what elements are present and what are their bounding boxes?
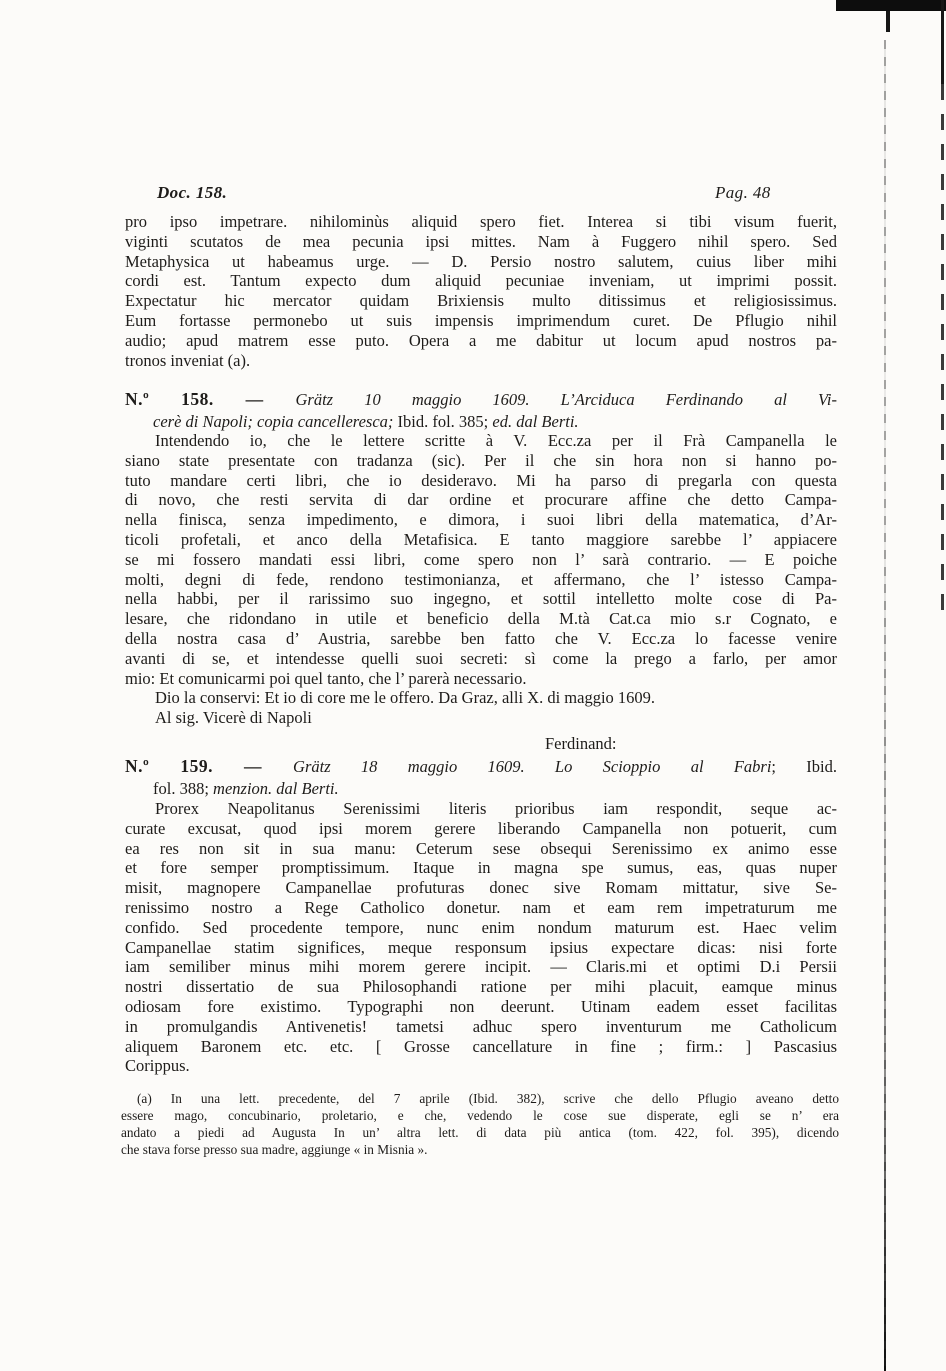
text-line: odiosam fore existimo. Typographi non de… — [125, 997, 837, 1017]
scan-artifact-tick — [886, 11, 890, 32]
text-line: misit, magnopere Campanellae profuturas … — [125, 878, 837, 898]
doc159-heading-line1: N.º 159. — Grätz 18 maggio 1609. Lo Scio… — [125, 755, 837, 778]
text-line: Intendendo io, che le lettere scritte à … — [125, 431, 837, 451]
doc158-heading-line2: cerè di Napoli; copia cancelleresca; Ibi… — [125, 411, 837, 433]
text-line: (a) In una lett. precedente, del 7 april… — [121, 1090, 839, 1107]
text-line: mio: Et comunicarmi poi quel tanto, che … — [125, 669, 837, 689]
text-line: della nostra casa d’ Austria, sarebbe be… — [125, 629, 837, 649]
scan-artifact-edge-dashes — [941, 84, 944, 624]
text-line: tuto mandare certi libri, che io desider… — [125, 471, 837, 491]
heading-segment: cerè di Napoli; copia cancelleresca; — [153, 412, 398, 431]
heading-segment: N.º 158. — — [125, 389, 296, 409]
text-line: nella habbi, per il rarissimo suo ingegn… — [125, 589, 837, 609]
doc158-address-line: Al sig. Vicerè di Napoli — [125, 708, 867, 728]
text-line: et fore semper promptissimum. Itaque in … — [125, 858, 837, 878]
text-line: aliquem Baronem etc. etc. [ Grosse cance… — [125, 1037, 837, 1057]
text-line: che stava forse presso sua madre, aggiun… — [121, 1141, 839, 1158]
text-line: in promulgandis Antivenetis! tametsi adh… — [125, 1017, 837, 1037]
page-number-label: Pag. 48 — [715, 183, 771, 203]
doc158-body-paragraph: Intendendo io, che le lettere scritte à … — [125, 431, 837, 688]
text-line: essere mago, concubinario, proletario, e… — [121, 1107, 839, 1124]
intro-paragraph: pro ipso impetrare. nihilominùs aliquid … — [125, 212, 837, 370]
doc159-heading: N.º 159. — Grätz 18 maggio 1609. Lo Scio… — [125, 755, 837, 800]
doc158-heading: N.º 158. — Grätz 10 maggio 1609. L’Arcid… — [125, 388, 837, 433]
text-line: nostri dissertatio de sua Philosophandi … — [125, 977, 837, 997]
text-line: tronos inveniat (a). — [125, 351, 837, 371]
heading-segment: Grätz 18 maggio 1609. Lo Scioppio al Fab… — [293, 757, 771, 776]
heading-segment: Grätz 10 maggio 1609. L’Arciduca Ferdina… — [296, 390, 837, 409]
text-line: siano state presentate con tradanza (sic… — [125, 451, 837, 471]
doc158-heading-line1: N.º 158. — Grätz 10 maggio 1609. L’Arcid… — [125, 388, 837, 411]
text-line: andato a piedi ad Augusta In un’ altra l… — [121, 1124, 839, 1141]
text-line: ticoli profetali, et anco della Metafisi… — [125, 530, 837, 550]
heading-segment: N.º 159. — — [125, 756, 293, 776]
text-line: avanti di se, et intendesse quelli suoi … — [125, 649, 837, 669]
heading-segment: ed. dal Berti. — [492, 412, 578, 431]
heading-segment: ; Ibid. — [771, 757, 837, 776]
text-line: di novo, che resti servita di dar ordine… — [125, 490, 837, 510]
text-line: nella finisca, senza impedimento, e dimo… — [125, 510, 837, 530]
scan-artifact-edge-line — [941, 0, 944, 84]
text-line: lesare, che ridondano in utile et benefi… — [125, 609, 837, 629]
text-line: viginti scutatos de mea pecunia ipsi mit… — [125, 232, 837, 252]
text-line: iam semiliber minus mihi morem gerere in… — [125, 957, 837, 977]
heading-segment: Ibid. fol. 385; — [398, 412, 493, 431]
footnote-paragraph: (a) In una lett. precedente, del 7 april… — [121, 1090, 839, 1158]
doc158-signature: Ferdinand: — [125, 734, 946, 754]
heading-segment: fol. 388; — [153, 779, 213, 798]
text-line: curate excusat, quod ipsi morem gerere l… — [125, 819, 837, 839]
text-line: renissimo nostro a Rege Catholico donetu… — [125, 898, 837, 918]
text-line: pro ipso impetrare. nihilominùs aliquid … — [125, 212, 837, 232]
text-line: Metaphysica ut habeamus urge. — D. Persi… — [125, 252, 837, 272]
heading-segment: menzion. dal Berti. — [213, 779, 339, 798]
text-line: audio; apud matrem esse puto. Opera a me… — [125, 331, 837, 351]
text-line: Prorex Neapolitanus Serenissimi literis … — [125, 799, 837, 819]
text-line: molti, degni di fede, rendono testimonia… — [125, 570, 837, 590]
text-line: Eum fortasse permonebo ut suis impensis … — [125, 311, 837, 331]
text-line: ea res non sit in sua manu: Ceterum sese… — [125, 839, 837, 859]
doc158-closing-line: Dio la conservi: Et io di core me le off… — [125, 688, 867, 708]
text-line: Expectatur hic mercator quidam Brixiensi… — [125, 291, 837, 311]
text-line: confido. Sed procedente tempore, nunc en… — [125, 918, 837, 938]
text-line: Corippus. — [125, 1056, 837, 1076]
text-line: se mi fossero mandati essi libri, come s… — [125, 550, 837, 570]
doc159-heading-line2: fol. 388; menzion. dal Berti. — [125, 778, 837, 800]
page-header: Doc. 158. Pag. 48 — [125, 183, 837, 203]
text-line: cordi est. Tantum expecto dum aliquid pe… — [125, 271, 837, 291]
doc159-body-paragraph: Prorex Neapolitanus Serenissimi literis … — [125, 799, 837, 1076]
scan-artifact-top-bar — [836, 0, 946, 11]
scanned-book-page: Doc. 158. Pag. 48 pro ipso impetrare. ni… — [0, 0, 946, 1371]
text-line: Campanellae statim significes, meque res… — [125, 938, 837, 958]
doc-number-label: Doc. 158. — [157, 183, 227, 203]
scan-artifact-fold-line — [884, 40, 886, 1371]
